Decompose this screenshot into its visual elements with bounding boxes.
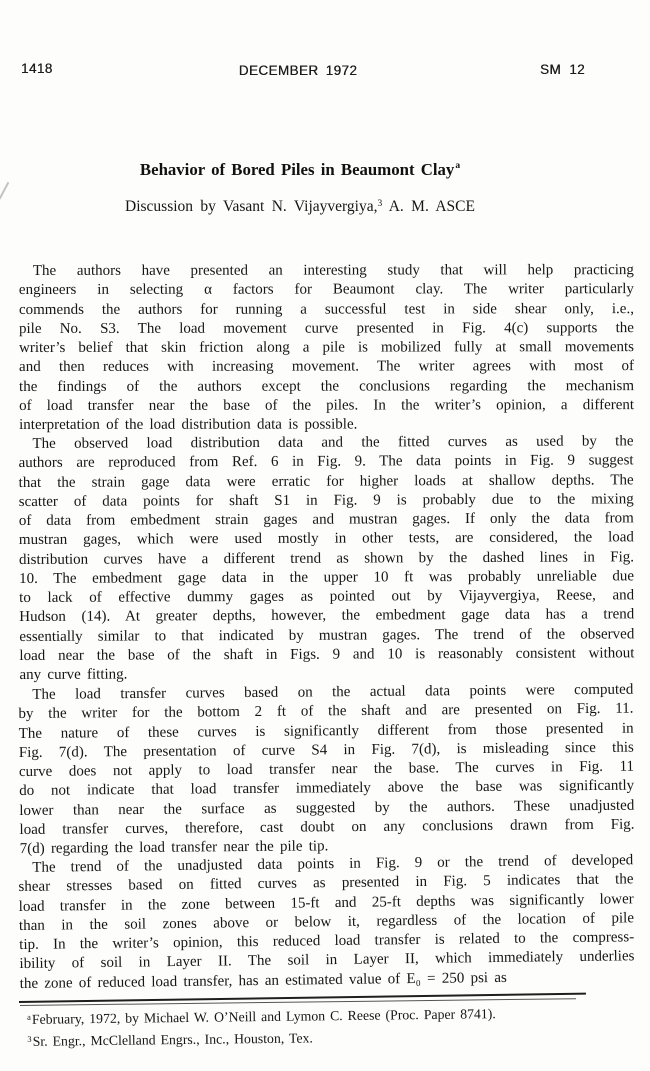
text-line: the findings of the authors except the c… [19,377,634,397]
text-line: Hudson (14). At greater depths, however,… [19,606,634,628]
paragraph: The authors have presented an interestin… [19,261,634,435]
paragraph: The trend of the unadjusted data points … [18,851,635,993]
footnote-text: Sr. Engr., McClelland Engrs., Inc., Hous… [33,1030,313,1048]
byline-suffix: A. M. ASCE [382,198,475,215]
footnotes: aFebruary, 1972, by Michael W. O’Neill a… [21,1001,633,1051]
text-line: engineers in selecting α factors for Bea… [19,280,634,300]
paragraph: The observed load distribution data and … [18,433,634,686]
page-number: 1418 [21,61,53,76]
article-title: Behavior of Bored Piles in Beaumont Clay… [0,160,600,180]
paragraph: The load transfer curves based on the ac… [18,680,634,859]
text-line: The authors have presented an interestin… [19,261,634,281]
text-line: writer’s belief that skin friction along… [19,338,634,358]
title-superscript: a [455,161,460,171]
journal-date: DECEMBER 1972 [239,63,358,78]
article-title-text: Behavior of Bored Piles in Beaumont Clay [140,160,454,179]
text-line: commends the authors for running a succe… [19,300,634,320]
text-line: authors are reproduced from Ref. 6 in Fi… [19,452,634,474]
body-text: The authors have presented an interestin… [19,262,634,994]
footnote-text: February, 1972, by Michael W. O’Neill an… [32,1006,496,1027]
scan-artifact [0,182,9,199]
text-line: of load transfer near the base of the pi… [19,396,634,416]
byline-text: Discussion by Vasant N. Vijayvergiya, [125,198,377,215]
text-line: pile No. S3. The load movement curve pre… [19,319,634,339]
footnote-marker: a [27,1012,31,1022]
footnote-marker: 3 [27,1033,31,1043]
text-line: load near the base of the shaft in Figs.… [19,644,634,666]
text-line: mustran gages, which were used mostly in… [19,529,634,551]
journal-issue-code: SM 12 [540,62,585,77]
scanned-journal-page: 1418 DECEMBER 1972 SM 12 Behavior of Bor… [0,0,650,1071]
article-byline: Discussion by Vasant N. Vijayvergiya,3 A… [0,198,600,216]
running-head: 1418 DECEMBER 1972 SM 12 [0,61,650,81]
text-line: and then reduces with increasing movemen… [19,357,634,377]
